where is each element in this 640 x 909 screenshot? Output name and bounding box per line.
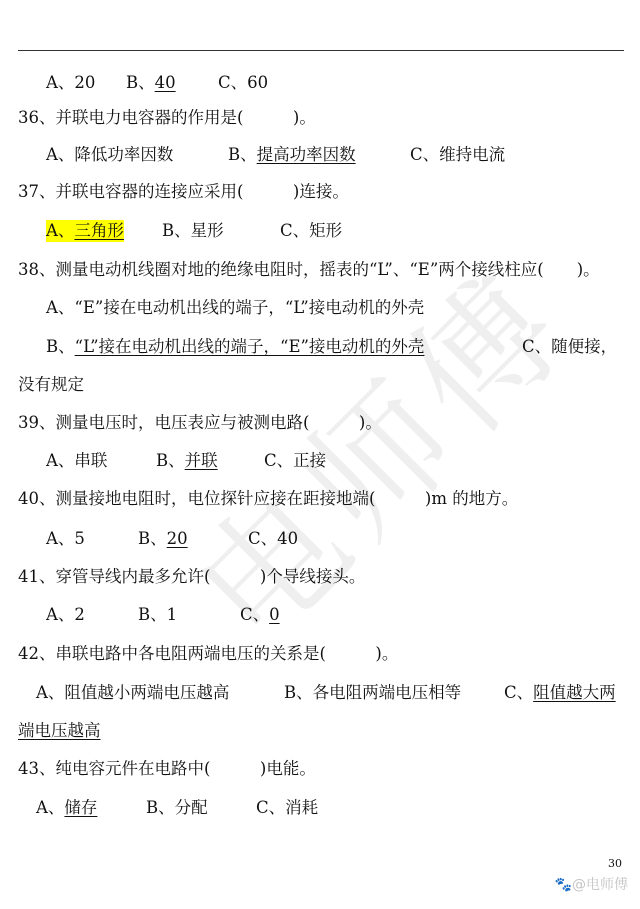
answer-option: B、40	[126, 72, 176, 94]
question-text: 41、穿管导线内最多允许( )个导线接头。	[18, 566, 365, 588]
answer-option: A、5	[46, 528, 85, 550]
question-text: 没有规定	[18, 374, 84, 396]
correct-answer: 储存	[64, 798, 97, 817]
option-label: B、	[46, 337, 75, 356]
correct-answer: 并联	[185, 451, 218, 470]
correct-answer: 三角形	[74, 221, 124, 240]
correct-answer: 0	[269, 605, 280, 624]
answer-option: B、1	[138, 604, 177, 626]
option-label: C、40	[248, 529, 298, 548]
answer-option: B、各电阻两端电压相等	[284, 682, 461, 704]
option-label: B、	[228, 145, 257, 164]
option-label: C、维持电流	[410, 145, 505, 164]
answer-option: C、40	[248, 528, 298, 550]
answer-option: C、消耗	[256, 797, 318, 819]
answer-option: A、阻值越小两端电压越高	[36, 682, 229, 704]
answer-option: C、0	[240, 604, 280, 626]
question-text: 39、测量电压时，电压表应与被测电路( )。	[18, 412, 382, 434]
option-label: A、20	[46, 73, 95, 92]
option-label: A、2	[46, 605, 85, 624]
option-label: C、60	[218, 73, 268, 92]
option-label: B、分配	[146, 798, 208, 817]
option-label: A、串联	[46, 451, 107, 470]
answer-option: B、星形	[162, 220, 224, 242]
option-label: B、星形	[162, 221, 224, 240]
source-credit: 🐾@电师傅	[555, 874, 628, 894]
option-label: A、降低功率因数	[46, 145, 173, 164]
question-text: 36、并联电力电容器的作用是( )。	[18, 107, 316, 129]
answer-option: C、60	[218, 72, 268, 94]
answer-option: C、矩形	[280, 220, 342, 242]
option-label: C、	[504, 683, 533, 702]
question-text: 37、并联电容器的连接应采用( )连接。	[18, 181, 349, 203]
option-label: B、	[126, 73, 155, 92]
answer-option: C、随便接，	[522, 336, 617, 358]
question-text: 42、串联电路中各电阻两端电压的关系是( )。	[18, 643, 398, 665]
option-label: C、消耗	[256, 798, 318, 817]
option-label: C、	[240, 605, 269, 624]
answer-option: B、“L”接在电动机出线的端子，“E”接电动机的外壳	[46, 336, 424, 358]
answer-option: A、降低功率因数	[46, 144, 173, 166]
answer-option: A、储存	[36, 797, 97, 819]
header-rule	[18, 50, 624, 51]
answer-option: B、提高功率因数	[228, 144, 356, 166]
option-label: B、	[138, 529, 167, 548]
answer-option: A、20	[46, 72, 95, 94]
option-label: B、1	[138, 605, 177, 624]
option-label: C、矩形	[280, 221, 342, 240]
option-label: A、	[36, 798, 64, 817]
answer-option: A、2	[46, 604, 85, 626]
page-number: 30	[608, 857, 622, 870]
correct-answer: 阻值越大两	[533, 683, 616, 702]
answer-option: C、维持电流	[410, 144, 505, 166]
correct-answer: 40	[155, 73, 176, 92]
correct-answer: “L”接在电动机出线的端子，“E”接电动机的外壳	[75, 337, 425, 356]
correct-answer: 20	[167, 529, 188, 548]
answer-option: B、并联	[156, 450, 218, 472]
option-label: A、	[46, 221, 74, 240]
correct-answer: 端电压越高	[18, 720, 101, 742]
question-text: 40、测量接地电阻时，电位探针应接在距接地端( )m 的地方。	[18, 488, 518, 510]
correct-answer: 提高功率因数	[257, 145, 356, 164]
answer-option: A、三角形	[46, 220, 124, 242]
option-label: C、正接	[264, 451, 326, 470]
question-text: 43、纯电容元件在电路中( )电能。	[18, 758, 316, 780]
option-label: B、	[156, 451, 185, 470]
answer-option: A、“E”接在电动机出线的端子，“L”接电动机的外壳	[46, 297, 424, 319]
option-label: A、5	[46, 529, 85, 548]
answer-option: A、串联	[46, 450, 107, 472]
question-text: 38、测量电动机线圈对地的绝缘电阻时，摇表的“L”、“E”两个接线柱应( )。	[18, 259, 600, 281]
option-label: A、“E”接在电动机出线的端子，“L”接电动机的外壳	[46, 298, 424, 317]
answer-option: C、正接	[264, 450, 326, 472]
answer-option: B、20	[138, 528, 188, 550]
answer-option: C、阻值越大两	[504, 682, 616, 704]
option-label: B、各电阻两端电压相等	[284, 683, 461, 702]
answer-option: B、分配	[146, 797, 208, 819]
option-label: A、阻值越小两端电压越高	[36, 683, 229, 702]
option-label: C、随便接，	[522, 337, 617, 356]
